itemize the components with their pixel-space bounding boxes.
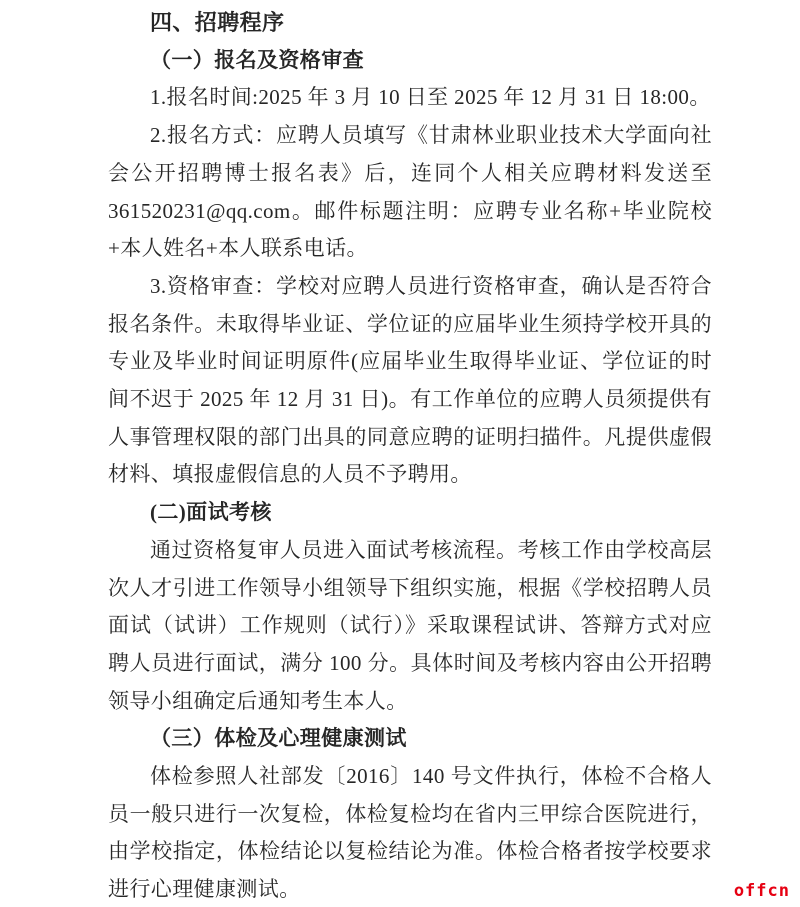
paragraph-registration-method: 2.报名方式：应聘人员填写《甘肃林业职业技术大学面向社会公开招聘博士报名表》后，… xyxy=(108,117,712,268)
subheading-registration-and-qualification-review: （一）报名及资格审查 xyxy=(108,42,712,80)
section-heading-recruitment-procedure: 四、招聘程序 xyxy=(108,4,712,42)
subheading-interview-assessment: (二)面试考核 xyxy=(108,494,712,532)
paragraph-qualification-review: 3.资格审查：学校对应聘人员进行资格审查，确认是否符合报名条件。未取得毕业证、学… xyxy=(108,268,712,494)
subheading-physical-exam-and-mental-health-test: （三）体检及心理健康测试 xyxy=(108,720,712,758)
document-page: 四、招聘程序 （一）报名及资格审查 1.报名时间:2025 年 3 月 10 日… xyxy=(0,0,800,907)
paragraph-interview-assessment: 通过资格复审人员进入面试考核流程。考核工作由学校高层次人才引进工作领导小组领导下… xyxy=(108,532,712,721)
offcn-watermark: offcn xyxy=(734,881,790,901)
paragraph-registration-time: 1.报名时间:2025 年 3 月 10 日至 2025 年 12 月 31 日… xyxy=(108,79,712,117)
paragraph-physical-exam: 体检参照人社部发〔2016〕140 号文件执行，体检不合格人员一般只进行一次复检… xyxy=(108,758,712,907)
